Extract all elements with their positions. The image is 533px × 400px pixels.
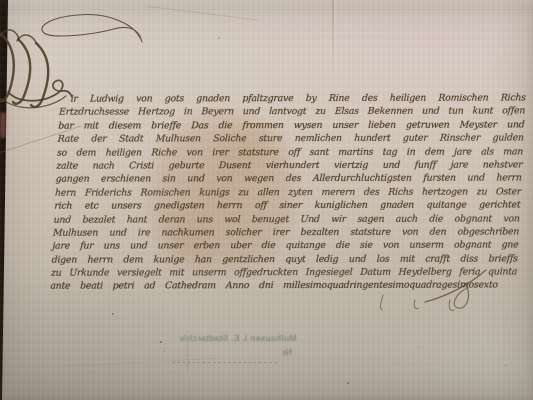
ink-speck xyxy=(164,351,165,352)
manuscript-line: Rate der Stadt Mulhusen Soliche sture ne… xyxy=(57,132,524,147)
ink-speck xyxy=(218,37,220,39)
manuscript-line: rich etc unsers gnedigsten herrn off sin… xyxy=(54,199,521,214)
ink-speck xyxy=(112,313,114,315)
manuscript-line: jare fur uns und unser erben uber die qu… xyxy=(52,239,519,254)
ink-speck xyxy=(347,382,349,384)
archive-stamp-bleedthrough: Mulhausen i. E. Stadtarchiv № xyxy=(178,333,298,357)
manuscript-line: Mulhusen und ire nachkumen solicher irer… xyxy=(53,225,520,240)
ink-speck xyxy=(160,341,162,343)
manuscript-line: ir Ludwig von gots gnaden pfaltzgrave by… xyxy=(59,91,526,106)
photo-frame: ir Ludwig von gots gnaden pfaltzgrave by… xyxy=(0,0,533,400)
manuscript-line: bar mit diesem brieffe Das die frommen w… xyxy=(58,118,525,133)
stamp-tick-line xyxy=(187,341,188,371)
parchment-top-edge-highlight xyxy=(8,0,533,7)
manuscript-line: hern Friderichs Romischen kunigs zu alle… xyxy=(55,185,522,200)
manuscript-text-block: ir Ludwig von gots gnaden pfaltzgrave by… xyxy=(50,91,526,293)
pink-edge-mark xyxy=(0,112,6,138)
manuscript-line: Ertzdruchsesse Hertzog in Beyern und lan… xyxy=(59,105,526,120)
manuscript-line: zu Urkunde versiegelt mit unserm offgedr… xyxy=(51,265,518,280)
manuscript-line: gangen erschienen sin und von wegen des … xyxy=(55,172,522,187)
ink-speck xyxy=(418,346,419,347)
manuscript-line: digen herrn dem kunige han gentzlichen q… xyxy=(51,252,518,267)
manuscript-line: so dem heiligen Riche von irer statsture… xyxy=(57,145,524,160)
manuscript-line: zalte nach Cristi geburte Dusent vierhun… xyxy=(56,158,523,173)
stamp-number-symbol: № xyxy=(178,347,298,357)
manuscript-line: ante beati petri ad Cathedram Anno dni m… xyxy=(50,279,498,294)
manuscript-line: und bezalet hant deran uns wol benuget U… xyxy=(53,212,520,227)
ink-speck xyxy=(505,365,506,366)
stamp-archive-name: Mulhausen i. E. Stadtarchiv xyxy=(178,333,298,343)
